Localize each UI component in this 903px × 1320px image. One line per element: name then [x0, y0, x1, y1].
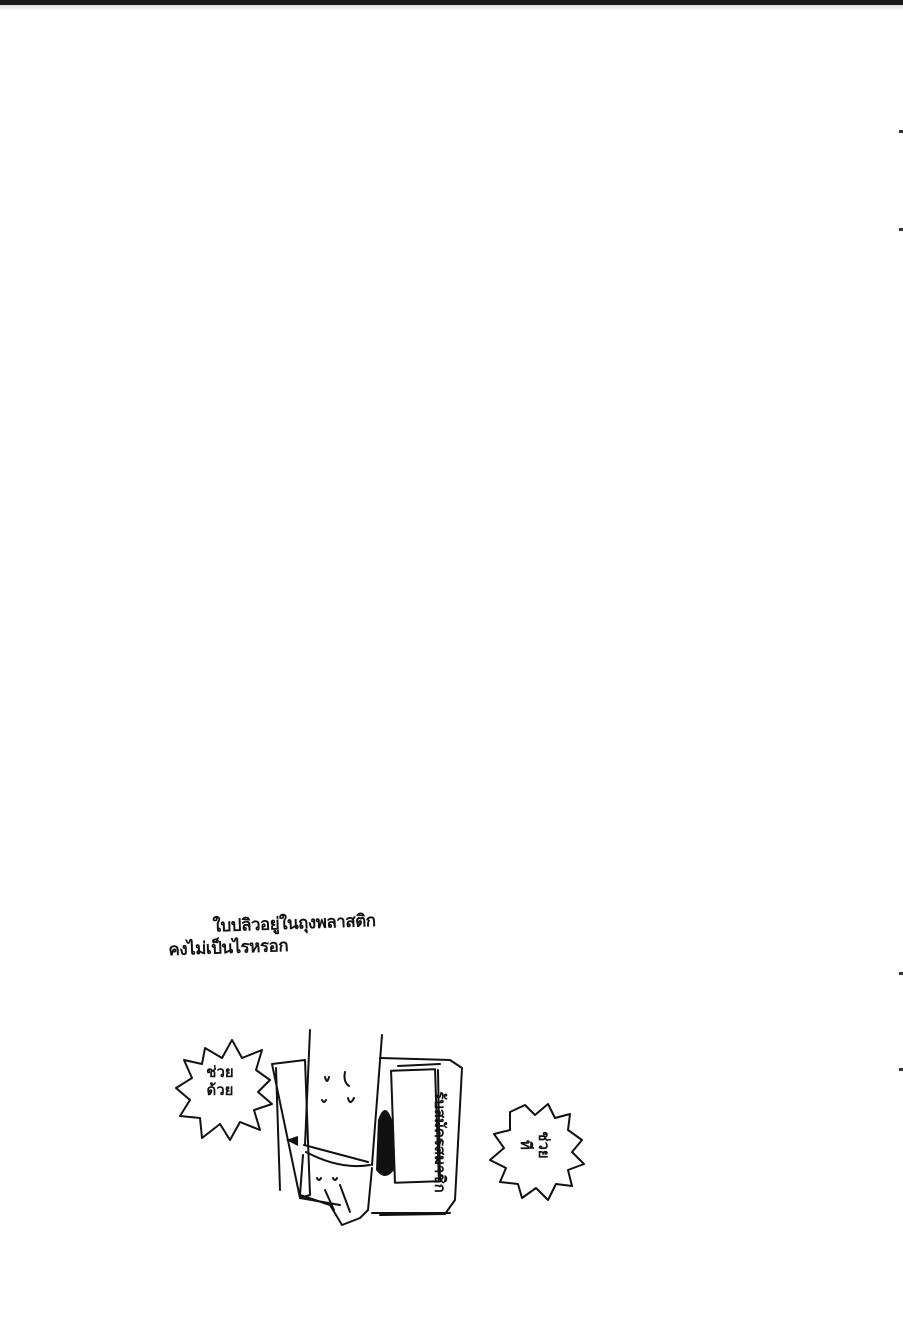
flyer-text: รับสมัครสมาชิก: [428, 1082, 452, 1202]
bubble-right-line-1: ช่วย: [535, 1120, 553, 1170]
bubble-left-line-2: ด้วย: [190, 1081, 250, 1099]
bubble-right-line-2: ที: [517, 1120, 535, 1170]
arm: [305, 1030, 382, 1165]
ink-shadow: [376, 1110, 394, 1176]
bubble-right-text: ช่วย ที: [517, 1120, 553, 1170]
bubble-left-text: ช่วย ด้วย: [190, 1063, 250, 1099]
bubble-left-line-1: ช่วย: [190, 1063, 250, 1081]
